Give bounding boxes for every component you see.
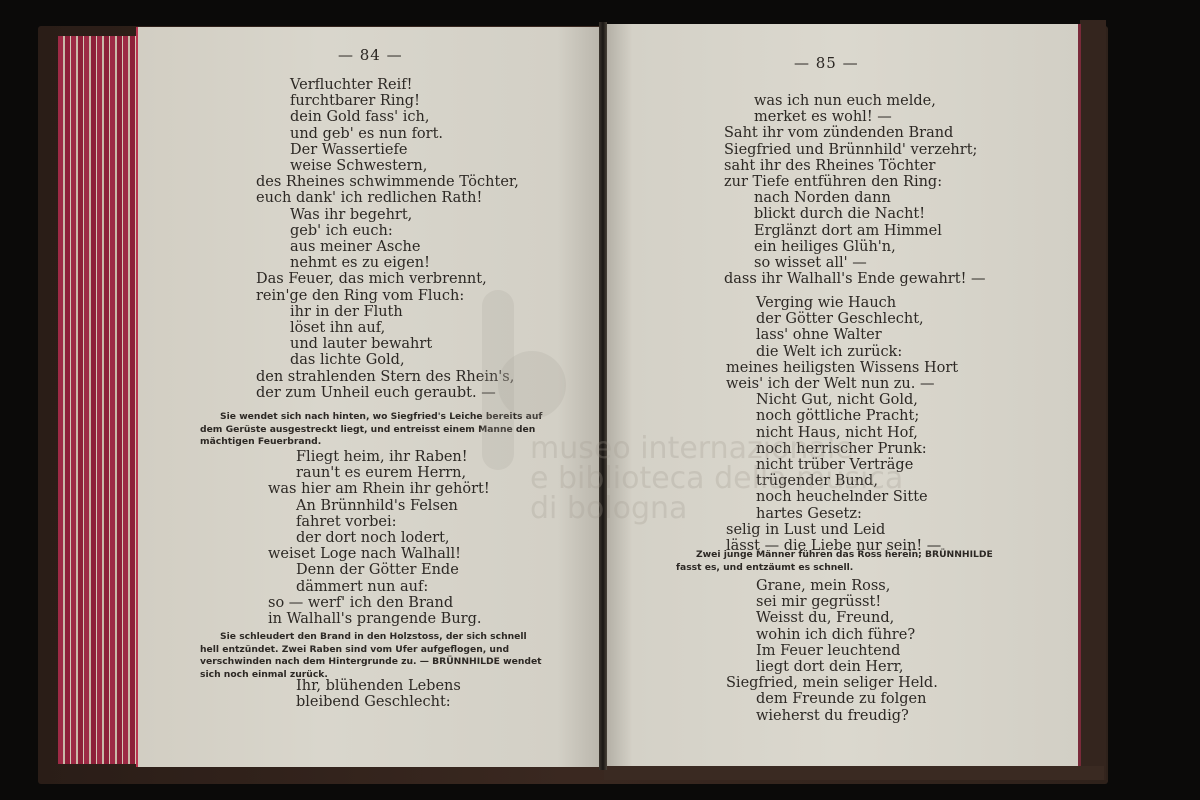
verse-line: Siegfried, mein seliger Held. bbox=[726, 675, 938, 691]
verse-line: Weisst du, Freund, bbox=[756, 610, 894, 626]
stage-direction-line: Sie schleudert den Brand in den Holzstos… bbox=[220, 631, 542, 644]
verse-line: geb' ich euch: bbox=[290, 223, 393, 239]
verse-line: des Rheines schwimmende Töchter, bbox=[256, 174, 519, 190]
verse-line: fahret vorbei: bbox=[296, 514, 397, 530]
verse-line: den strahlenden Stern des Rhein's, bbox=[256, 369, 514, 385]
verse-line: weise Schwestern, bbox=[290, 158, 427, 174]
verse-line: nach Norden dann bbox=[754, 190, 891, 206]
left-page: — 84 — Verfluchter Reif!furchtbarer Ring… bbox=[136, 27, 604, 767]
page-edges-stack bbox=[58, 36, 138, 764]
verse-line: so wisset all' — bbox=[754, 255, 867, 271]
verse-line: Ihr, blühenden Lebens bbox=[296, 678, 461, 694]
verse-line: ihr in der Fluth bbox=[290, 304, 403, 320]
page-number-right: — 85 — bbox=[794, 54, 859, 72]
verse-line: wohin ich dich führe? bbox=[756, 627, 915, 643]
verse-line: raun't es eurem Herrn, bbox=[296, 465, 466, 481]
verse-line: Das Feuer, das mich verbrennt, bbox=[256, 271, 487, 287]
verse-line: Verfluchter Reif! bbox=[290, 77, 412, 93]
verse-line: Erglänzt dort am Himmel bbox=[754, 223, 942, 239]
verse-line: Verging wie Hauch bbox=[756, 295, 896, 311]
verse-line: dein Gold fass' ich, bbox=[290, 109, 430, 125]
book-board-bottom bbox=[604, 766, 1104, 780]
verse-line: Denn der Götter Ende bbox=[296, 562, 459, 578]
verse-line: Was ihr begehrt, bbox=[290, 207, 412, 223]
stage-direction: Zwei junge Männer führen das Ross herein… bbox=[696, 549, 993, 574]
verse-line: noch herrischer Prunk: bbox=[756, 441, 927, 457]
verse-line: in Walhall's prangende Burg. bbox=[268, 611, 482, 627]
verse-line: dem Freunde zu folgen bbox=[756, 691, 926, 707]
verse-line: was ich nun euch melde, bbox=[754, 93, 936, 109]
verse-line: aus meiner Asche bbox=[290, 239, 420, 255]
verse-line: und geb' es nun fort. bbox=[290, 126, 443, 142]
book-gutter bbox=[599, 22, 607, 770]
stage-direction-line: verschwinden nach dem Hintergrunde zu. —… bbox=[200, 656, 542, 669]
verse-line: der Götter Geschlecht, bbox=[756, 311, 924, 327]
stage-direction-line: Sie wendet sich nach hinten, wo Siegfrie… bbox=[220, 411, 542, 424]
verse-line: blickt durch die Nacht! bbox=[754, 206, 925, 222]
verse-line: weiset Loge nach Walhall! bbox=[268, 546, 461, 562]
verse-line: Fliegt heim, ihr Raben! bbox=[296, 449, 468, 465]
stage-direction: Sie wendet sich nach hinten, wo Siegfrie… bbox=[220, 411, 542, 449]
verse-line: zur Tiefe entführen den Ring: bbox=[724, 174, 942, 190]
verse-line: hartes Gesetz: bbox=[756, 506, 862, 522]
verse-line: wieherst du freudig? bbox=[756, 708, 909, 724]
verse-line: ein heiliges Glüh'n, bbox=[754, 239, 896, 255]
right-page: — 85 — was ich nun euch melde,merket es … bbox=[604, 24, 1081, 766]
verse-line: Siegfried und Brünnhild' verzehrt; bbox=[724, 142, 977, 158]
verse-line: Grane, mein Ross, bbox=[756, 578, 890, 594]
page-number-left: — 84 — bbox=[338, 46, 403, 64]
verse-line: der dort noch lodert, bbox=[296, 530, 450, 546]
verse-line: löset ihn auf, bbox=[290, 320, 385, 336]
verse-line: meines heiligsten Wissens Hort bbox=[726, 360, 958, 376]
verse-line: die Welt ich zurück: bbox=[756, 344, 902, 360]
stage-direction-line: fasst es, und entzäumt es schnell. bbox=[676, 562, 993, 575]
verse-line: nicht trüber Verträge bbox=[756, 457, 913, 473]
verse-line: An Brünnhild's Felsen bbox=[296, 498, 458, 514]
verse-line: Im Feuer leuchtend bbox=[756, 643, 900, 659]
stage-direction: Sie schleudert den Brand in den Holzstos… bbox=[220, 631, 542, 681]
verse-line: rein'ge den Ring vom Fluch: bbox=[256, 288, 464, 304]
verse-line: dass ihr Walhall's Ende gewahrt! — bbox=[724, 271, 986, 287]
verse-line: noch heuchelnder Sitte bbox=[756, 489, 928, 505]
verse-line: nicht Haus, nicht Hof, bbox=[756, 425, 918, 441]
verse-line: was hier am Rhein ihr gehört! bbox=[268, 481, 490, 497]
stage-direction-line: hell entzündet. Zwei Raben sind vom Ufer… bbox=[200, 644, 542, 657]
verse-line: sei mir gegrüsst! bbox=[756, 594, 881, 610]
verse-line: trügender Bund, bbox=[756, 473, 878, 489]
verse-line: so — werf' ich den Brand bbox=[268, 595, 453, 611]
stage-direction-line: mächtigen Feuerbrand. bbox=[200, 436, 542, 449]
verse-line: der zum Unheil euch geraubt. — bbox=[256, 385, 496, 401]
verse-line: Nicht Gut, nicht Gold, bbox=[756, 392, 918, 408]
stage-direction-line: Zwei junge Männer führen das Ross herein… bbox=[696, 549, 993, 562]
verse-line: weis' ich der Welt nun zu. — bbox=[726, 376, 934, 392]
verse-line: nehmt es zu eigen! bbox=[290, 255, 430, 271]
verse-line: liegt dort dein Herr, bbox=[756, 659, 904, 675]
verse-line: selig in Lust und Leid bbox=[726, 522, 885, 538]
verse-line: merket es wohl! — bbox=[754, 109, 892, 125]
verse-line: das lichte Gold, bbox=[290, 352, 405, 368]
verse-line: Der Wassertiefe bbox=[290, 142, 407, 158]
verse-line: Saht ihr vom zündenden Brand bbox=[724, 125, 953, 141]
verse-line: dämmert nun auf: bbox=[296, 579, 428, 595]
verse-line: euch dank' ich redlichen Rath! bbox=[256, 190, 482, 206]
stage-direction-line: dem Gerüste ausgestreckt liegt, und entr… bbox=[200, 424, 542, 437]
verse-line: und lauter bewahrt bbox=[290, 336, 432, 352]
verse-line: noch göttliche Pracht; bbox=[756, 408, 919, 424]
book-board-right bbox=[1080, 20, 1106, 780]
verse-line: furchtbarer Ring! bbox=[290, 93, 420, 109]
verse-line: saht ihr des Rheines Töchter bbox=[724, 158, 935, 174]
verse-line: lass' ohne Walter bbox=[756, 327, 882, 343]
verse-line: bleibend Geschlecht: bbox=[296, 694, 451, 710]
